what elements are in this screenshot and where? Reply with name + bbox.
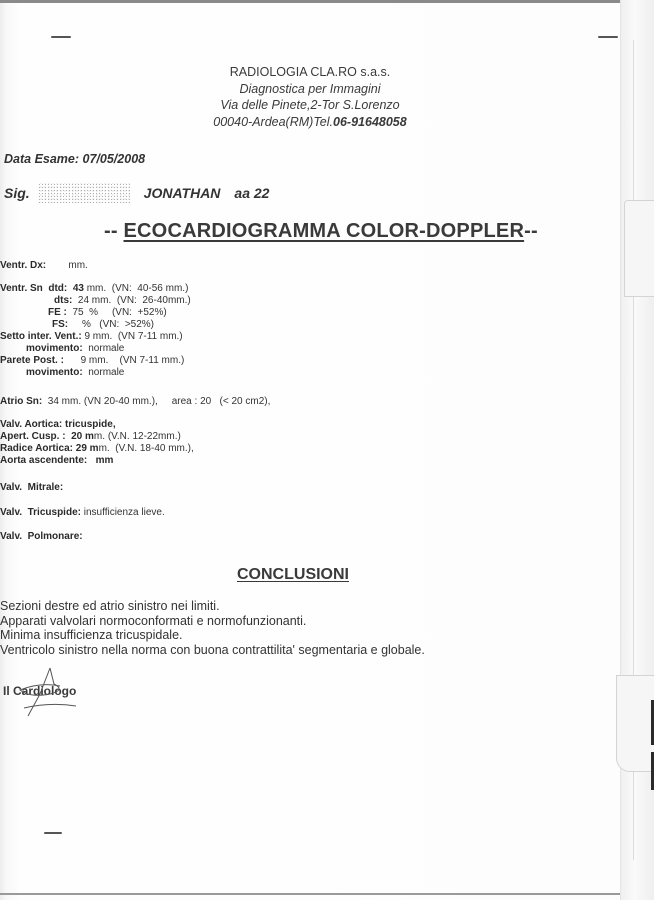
conclusion-line: Minima insufficienza tricuspidale. — [0, 628, 425, 643]
parete-movimento-row: movimento: normale — [26, 367, 124, 379]
clinic-address: Via delle Pinete,2-Tor S.Lorenzo — [180, 97, 440, 114]
patient-name: JONATHAN — [144, 185, 221, 201]
punch-mark — [51, 36, 71, 38]
valv-tricuspide-row: Valv. Tricuspide: insufficienza lieve. — [0, 507, 165, 519]
setto-row: Setto inter. Vent.: 9 mm. (VN 7-11 mm.) — [0, 331, 183, 343]
binder-tab — [624, 200, 654, 297]
scan-bottom-edge — [0, 893, 654, 895]
scan-top-edge — [0, 0, 654, 3]
letterhead: RADIOLOGIA CLA.RO s.a.s. Diagnostica per… — [180, 64, 440, 130]
valv-mitrale-row: Valv. Mitrale: — [0, 482, 66, 494]
radice-aortica-row: Radice Aortica: 29 mm. (V.N. 18-40 mm.), — [0, 443, 194, 455]
clinic-contact: 00040-Ardea(RM)Tel.06-91648058 — [180, 114, 440, 131]
conclusion-line: Ventricolo sinistro nella norma con buon… — [0, 643, 425, 658]
patient-line: Sig. JONATHAN aa 22 — [4, 183, 269, 203]
conclusion-line: Sezioni destre ed atrio sinistro nei lim… — [0, 599, 425, 614]
conclusions-list: Sezioni destre ed atrio sinistro nei lim… — [0, 599, 425, 657]
punch-mark — [44, 832, 62, 834]
ventr-sn-dts-row: dts: 24 mm. (VN: 26-40mm.) — [54, 295, 191, 307]
fe-row: FE : 75 % (VN: +52%) — [48, 307, 167, 319]
aorta-ascendente-row: Aorta ascendente: mm — [0, 455, 113, 467]
atrio-sn-row: Atrio Sn: 34 mm. (VN 20-40 mm.), area : … — [0, 396, 270, 408]
valv-polmonare-row: Valv. Polmonare: — [0, 531, 85, 543]
binder-tab — [616, 675, 654, 772]
patient-age: aa 22 — [234, 185, 269, 201]
ventr-dx-row: Ventr. Dx: mm. — [0, 260, 88, 272]
clinic-phone: 06-91648058 — [333, 115, 407, 129]
clinic-name: RADIOLOGIA CLA.RO s.a.s. — [180, 64, 440, 81]
report-title: -- ECOCARDIOGRAMMA COLOR-DOPPLER-- — [104, 220, 538, 243]
valv-aortica-row: Valv. Aortica: tricuspide, — [0, 419, 116, 431]
ventr-sn-dtd-row: Ventr. Sn dtd: 43 mm. (VN: 40-56 mm.) — [0, 283, 188, 295]
exam-date: Data Esame: 07/05/2008 — [4, 152, 145, 166]
clinic-subtitle: Diagnostica per Immagini — [180, 81, 440, 98]
redacted-surname — [38, 183, 130, 203]
signature-scribble — [10, 664, 80, 719]
apert-cusp-row: Apert. Cusp. : 20 mm. (V.N. 12-22mm.) — [0, 431, 181, 443]
conclusion-line: Apparati valvolari normoconformati e nor… — [0, 614, 425, 629]
parete-row: Parete Post. : 9 mm. (VN 7-11 mm.) — [0, 355, 184, 367]
fs-row: FS: % (VN: >52%) — [52, 319, 154, 331]
conclusions-title: CONCLUSIONI — [237, 566, 349, 584]
punch-mark — [598, 36, 618, 38]
setto-movimento-row: movimento: normale — [26, 343, 124, 355]
